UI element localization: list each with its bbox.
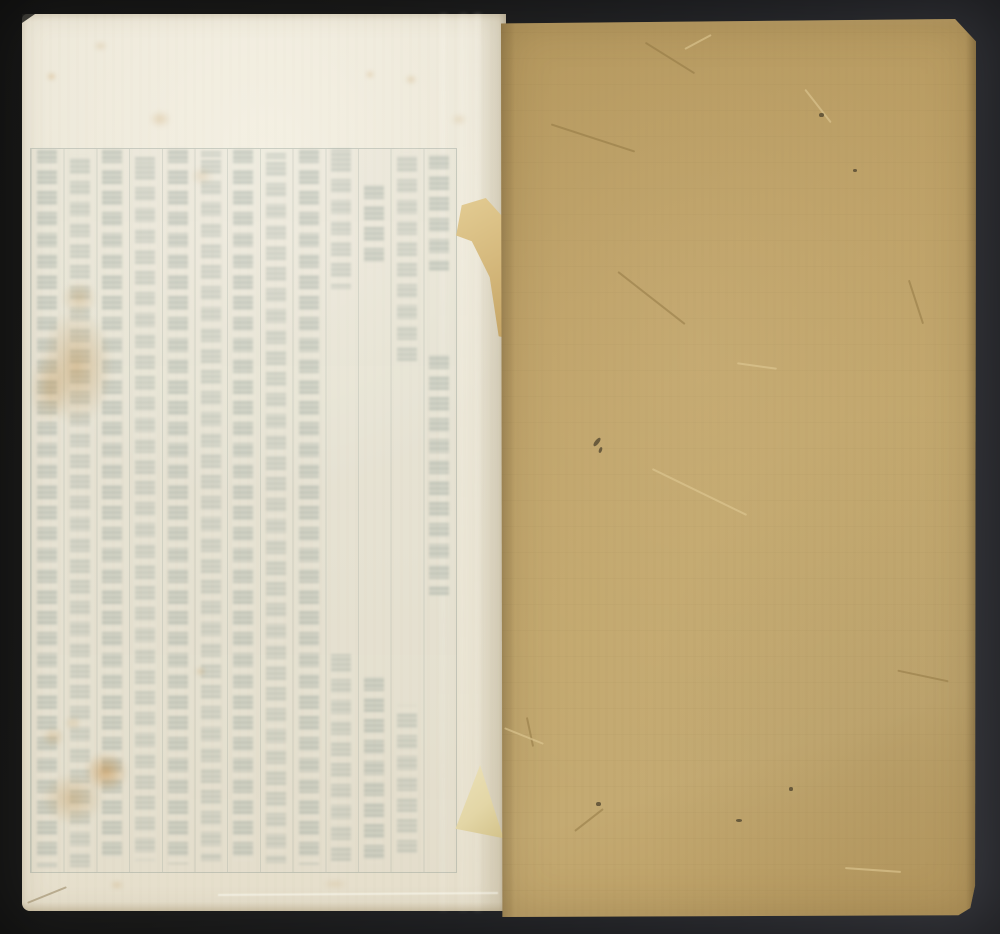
paper-fiber [684, 34, 711, 50]
ink-speck [819, 113, 824, 117]
paper-fiber [908, 280, 924, 324]
photo-backdrop [0, 0, 1000, 934]
foxing-spot [365, 70, 375, 79]
paper-fiber [845, 867, 901, 873]
paper-fiber [645, 42, 695, 74]
ink-speck [789, 787, 793, 791]
showthrough-text-column [397, 149, 417, 872]
paper-fiber [574, 808, 604, 832]
foxing-spot [318, 878, 352, 890]
showthrough-text-column [201, 149, 221, 872]
ink-speck [592, 437, 601, 447]
bottom-crease-line [218, 892, 498, 896]
dogear-corner-topleft [22, 14, 35, 23]
gutter-shadow [472, 14, 506, 911]
paper-fiber [551, 123, 635, 152]
showthrough-text-column [102, 149, 122, 872]
ink-speck [853, 169, 857, 172]
ink-speck [598, 447, 603, 454]
paper-fiber [652, 468, 747, 516]
book-back-cover [501, 19, 976, 917]
foxing-spot [46, 72, 57, 81]
showthrough-text-column [135, 149, 155, 872]
foxing-spot [108, 880, 126, 890]
ink-speck [736, 819, 742, 822]
paper-fiber [804, 89, 831, 123]
foxing-spot [92, 40, 109, 52]
cover-fore-edge [966, 19, 976, 917]
paper-crease-streak [460, 14, 467, 911]
showthrough-text-column [299, 149, 319, 872]
showthrough-text-column [37, 149, 57, 872]
showthrough-text-column [233, 149, 253, 872]
cover-gutter-edge [501, 19, 515, 917]
showthrough-text-column [364, 149, 384, 872]
paper-fiber [897, 670, 948, 683]
showthrough-text-column [70, 149, 90, 872]
paper-fiber [617, 271, 685, 325]
showthrough-text-column [429, 149, 449, 872]
showthrough-text-column [168, 149, 188, 872]
page-bottom-edge [22, 902, 506, 911]
ink-speck [596, 802, 601, 806]
book-page-left [22, 14, 506, 911]
foxing-spot [404, 74, 418, 85]
foxing-spot [146, 108, 174, 130]
paper-fiber [526, 717, 534, 747]
showthrough-text-column [331, 149, 351, 872]
paper-fiber [737, 362, 777, 370]
showthrough-text-frame [30, 148, 457, 873]
showthrough-text-column [266, 149, 286, 872]
